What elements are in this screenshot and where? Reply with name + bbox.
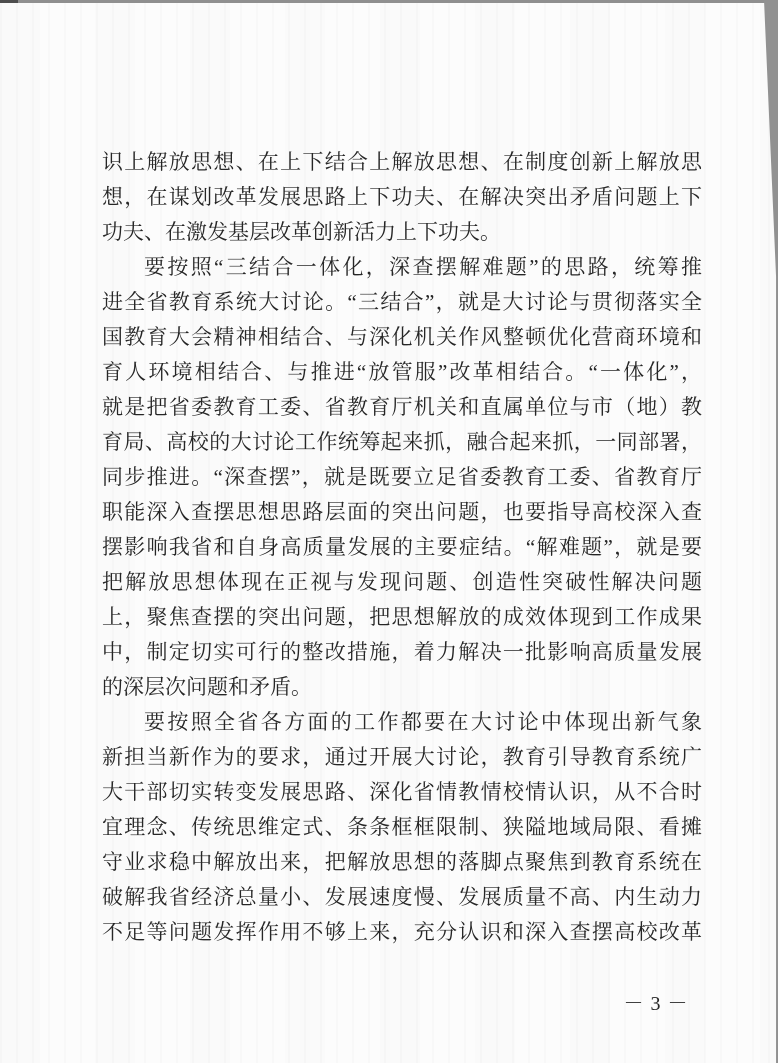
- document-text: 识上解放思想、在上下结合上解放思想、在制度创新上解放思想，在谋划改革发展思路上下…: [102, 145, 702, 950]
- page-number: － 3 －: [608, 987, 704, 1016]
- text-line: 要按照全省各方面的工作都要在大讨论中体现出新气象: [102, 705, 702, 740]
- text-line: 守业求稳中解放出来，把解放思想的落脚点聚焦到教育系统在: [102, 845, 702, 880]
- text-line: 上，聚焦查摆的突出问题，把思想解放的成效体现到工作成果: [102, 600, 702, 635]
- text-line: 职能深入查摆思想思路层面的突出问题，也要指导高校深入查: [102, 495, 702, 530]
- text-line: 宜理念、传统思维定式、条条框框限制、狭隘地域局限、看摊: [102, 810, 702, 845]
- scan-top-edge: [0, 0, 778, 3]
- paragraph: 要按照全省各方面的工作都要在大讨论中体现出新气象新担当新作为的要求，通过开展大讨…: [102, 705, 702, 950]
- text-line: 国教育大会精神相结合、与深化机关作风整顿优化营商环境和: [102, 320, 702, 355]
- text-line: 新担当新作为的要求，通过开展大讨论，教育引导教育系统广: [102, 740, 702, 775]
- text-line: 要按照“三结合一体化，深查摆解难题”的思路，统筹推: [102, 250, 702, 285]
- text-line: 想，在谋划改革发展思路上下功夫、在解决突出矛盾问题上下: [102, 180, 702, 215]
- text-line: 大干部切实转变发展思路、深化省情教情校情认识，从不合时: [102, 775, 702, 810]
- text-line: 功夫、在激发基层改革创新活力上下功夫。: [102, 215, 702, 250]
- text-line: 的深层次问题和矛盾。: [102, 670, 702, 705]
- text-line: 不足等问题发挥作用不够上来，充分认识和深入查摆高校改革: [102, 915, 702, 950]
- text-line: 同步推进。“深查摆”，就是既要立足省委教育工委、省教育厅: [102, 460, 702, 495]
- text-line: 摆影响我省和自身高质量发展的主要症结。“解难题”，就是要: [102, 530, 702, 565]
- text-line: 就是把省委教育工委、省教育厅机关和直属单位与市（地）教: [102, 390, 702, 425]
- text-line: 识上解放思想、在上下结合上解放思想、在制度创新上解放思: [102, 145, 702, 180]
- paragraph: 识上解放思想、在上下结合上解放思想、在制度创新上解放思想，在谋划改革发展思路上下…: [102, 145, 702, 250]
- text-line: 把解放思想体现在正视与发现问题、创造性突破性解决问题: [102, 565, 702, 600]
- text-line: 育局、高校的大讨论工作统筹起来抓，融合起来抓，一同部署，: [102, 425, 702, 460]
- text-line: 育人环境相结合、与推进“放管服”改革相结合。“一体化”，: [102, 355, 702, 390]
- text-line: 破解我省经济总量小、发展速度慢、发展质量不高、内生动力: [102, 880, 702, 915]
- text-line: 中，制定切实可行的整改措施，着力解决一批影响高质量发展: [102, 635, 702, 670]
- paragraph: 要按照“三结合一体化，深查摆解难题”的思路，统筹推进全省教育系统大讨论。“三结合…: [102, 250, 702, 705]
- scan-right-edge: [764, 0, 778, 1063]
- text-line: 进全省教育系统大讨论。“三结合”，就是大讨论与贯彻落实全: [102, 285, 702, 320]
